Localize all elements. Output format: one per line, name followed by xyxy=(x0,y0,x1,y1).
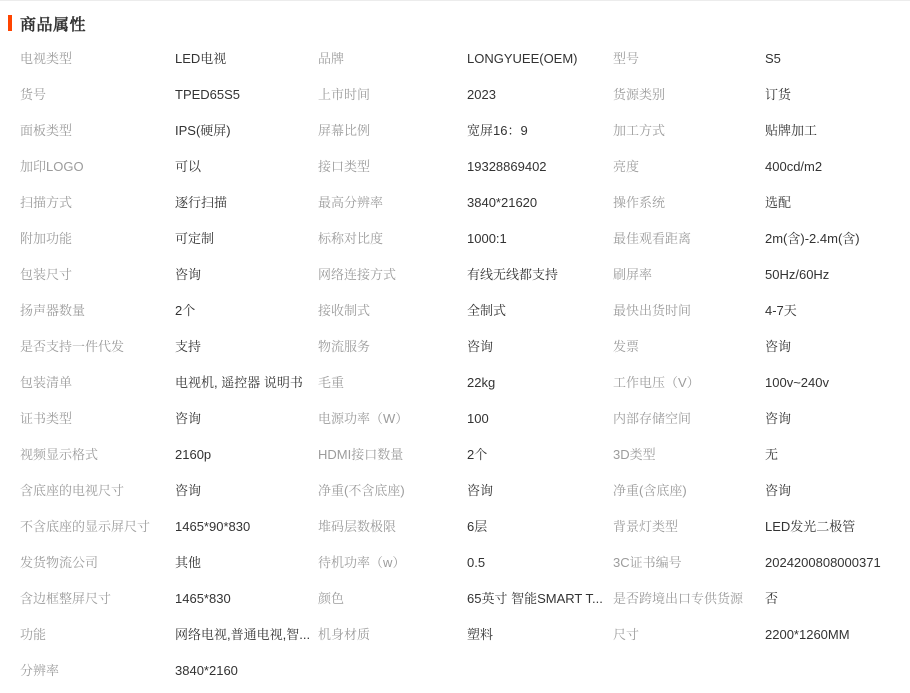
attr-label: 净重(不含底座) xyxy=(318,473,467,509)
attr-label xyxy=(613,653,765,689)
attr-label: 屏幕比例 xyxy=(318,113,467,149)
attr-value: 100v~240v xyxy=(765,365,906,401)
attr-value: 1465*90*830 xyxy=(175,509,318,545)
attr-value xyxy=(467,653,613,689)
attr-label: 内部存储空间 xyxy=(613,401,765,437)
attr-value: 选配 xyxy=(765,185,906,221)
attr-label: 毛重 xyxy=(318,365,467,401)
attr-label: 颜色 xyxy=(318,581,467,617)
attr-label: 净重(含底座) xyxy=(613,473,765,509)
attr-label: 操作系统 xyxy=(613,185,765,221)
attr-label: 发票 xyxy=(613,329,765,365)
attr-value: 400cd/m2 xyxy=(765,149,906,185)
attr-label: 亮度 xyxy=(613,149,765,185)
attr-label: 包装尺寸 xyxy=(20,257,175,293)
attr-label xyxy=(318,653,467,689)
attr-value: 咨询 xyxy=(467,329,613,365)
attr-label: 附加功能 xyxy=(20,221,175,257)
attr-label: 电源功率（W） xyxy=(318,401,467,437)
attr-value: 支持 xyxy=(175,329,318,365)
attr-value: LED电视 xyxy=(175,41,318,77)
attr-value: 咨询 xyxy=(765,401,906,437)
attr-label: 货号 xyxy=(20,77,175,113)
attr-label: 3D类型 xyxy=(613,437,765,473)
attr-label: 扫描方式 xyxy=(20,185,175,221)
attr-value: 有线无线都支持 xyxy=(467,257,613,293)
attr-value: 贴牌加工 xyxy=(765,113,906,149)
attr-label: 接收制式 xyxy=(318,293,467,329)
attr-value: 咨询 xyxy=(175,257,318,293)
attr-value: 电视机, 遥控器 说明书 xyxy=(175,365,318,401)
attr-label: 发货物流公司 xyxy=(20,545,175,581)
attr-label: 网络连接方式 xyxy=(318,257,467,293)
attr-label: 面板类型 xyxy=(20,113,175,149)
attr-label: 加印LOGO xyxy=(20,149,175,185)
attr-value: 1000:1 xyxy=(467,221,613,257)
attr-value: TPED65S5 xyxy=(175,77,318,113)
attr-label: 上市时间 xyxy=(318,77,467,113)
attr-value: 订货 xyxy=(765,77,906,113)
attr-value: 全制式 xyxy=(467,293,613,329)
attributes-grid: 电视类型 LED电视 品牌 LONGYUEE(OEM) 型号 S5 货号 TPE… xyxy=(0,41,910,689)
attr-label: 品牌 xyxy=(318,41,467,77)
attr-value: 2024200808000371 xyxy=(765,545,906,581)
attr-label: 型号 xyxy=(613,41,765,77)
attr-value: 2160p xyxy=(175,437,318,473)
attr-label: 是否跨境出口专供货源 xyxy=(613,581,765,617)
attr-label: 加工方式 xyxy=(613,113,765,149)
attr-label: 最高分辨率 xyxy=(318,185,467,221)
attr-label: 功能 xyxy=(20,617,175,653)
attr-label: 接口类型 xyxy=(318,149,467,185)
attr-label: 电视类型 xyxy=(20,41,175,77)
attr-value: 22kg xyxy=(467,365,613,401)
attr-value xyxy=(765,653,906,689)
attr-label: 扬声器数量 xyxy=(20,293,175,329)
attr-value: 1465*830 xyxy=(175,581,318,617)
attr-value: 3840*2160 xyxy=(175,653,318,689)
attr-label: HDMI接口数量 xyxy=(318,437,467,473)
attr-label: 堆码层数极限 xyxy=(318,509,467,545)
attr-value: 其他 xyxy=(175,545,318,581)
attr-value: LED发光二极管 xyxy=(765,509,906,545)
attr-value: 65英寸 智能SMART T... xyxy=(467,581,613,617)
attr-value: 无 xyxy=(765,437,906,473)
attr-label: 工作电压（V） xyxy=(613,365,765,401)
attr-value: 100 xyxy=(467,401,613,437)
attr-value: 6层 xyxy=(467,509,613,545)
product-attributes-section: 商品属性 电视类型 LED电视 品牌 LONGYUEE(OEM) 型号 S5 货… xyxy=(0,0,910,693)
attr-label: 待机功率（w） xyxy=(318,545,467,581)
attr-value: S5 xyxy=(765,41,906,77)
attr-value: 可定制 xyxy=(175,221,318,257)
attr-label: 刷屏率 xyxy=(613,257,765,293)
attr-value: 咨询 xyxy=(765,329,906,365)
attr-label: 最佳观看距离 xyxy=(613,221,765,257)
attr-value: 2023 xyxy=(467,77,613,113)
attr-label: 含边框整屏尺寸 xyxy=(20,581,175,617)
attr-label: 背景灯类型 xyxy=(613,509,765,545)
attr-label: 含底座的电视尺寸 xyxy=(20,473,175,509)
section-header: 商品属性 xyxy=(0,1,910,41)
attr-label: 不含底座的显示屏尺寸 xyxy=(20,509,175,545)
attr-value: 咨询 xyxy=(175,473,318,509)
attr-label: 3C证书编号 xyxy=(613,545,765,581)
attr-value: 50Hz/60Hz xyxy=(765,257,906,293)
attr-value: 塑料 xyxy=(467,617,613,653)
attr-label: 标称对比度 xyxy=(318,221,467,257)
attr-label: 物流服务 xyxy=(318,329,467,365)
attr-label: 证书类型 xyxy=(20,401,175,437)
attr-value: 2m(含)-2.4m(含) xyxy=(765,221,906,257)
attr-label: 包装清单 xyxy=(20,365,175,401)
attr-label: 货源类别 xyxy=(613,77,765,113)
attr-value: 19328869402 xyxy=(467,149,613,185)
attr-value: 0.5 xyxy=(467,545,613,581)
accent-bar-icon xyxy=(8,15,12,31)
attr-value: 咨询 xyxy=(175,401,318,437)
attr-label: 是否支持一件代发 xyxy=(20,329,175,365)
attr-value: 2200*1260MM xyxy=(765,617,906,653)
attr-value: 2个 xyxy=(467,437,613,473)
attr-label: 机身材质 xyxy=(318,617,467,653)
section-title: 商品属性 xyxy=(20,12,86,35)
attr-value: 咨询 xyxy=(765,473,906,509)
attr-value: 逐行扫描 xyxy=(175,185,318,221)
attr-value: 宽屏16：9 xyxy=(467,113,613,149)
attr-value: 可以 xyxy=(175,149,318,185)
attr-value: LONGYUEE(OEM) xyxy=(467,41,613,77)
attr-value: 网络电视,普通电视,智... xyxy=(175,617,318,653)
attr-value: 3840*21620 xyxy=(467,185,613,221)
attr-value: 否 xyxy=(765,581,906,617)
attr-value: 2个 xyxy=(175,293,318,329)
attr-label: 最快出货时间 xyxy=(613,293,765,329)
attr-value: IPS(硬屏) xyxy=(175,113,318,149)
attr-value: 4-7天 xyxy=(765,293,906,329)
attr-label: 视频显示格式 xyxy=(20,437,175,473)
attr-label: 尺寸 xyxy=(613,617,765,653)
attr-value: 咨询 xyxy=(467,473,613,509)
attr-label: 分辨率 xyxy=(20,653,175,689)
